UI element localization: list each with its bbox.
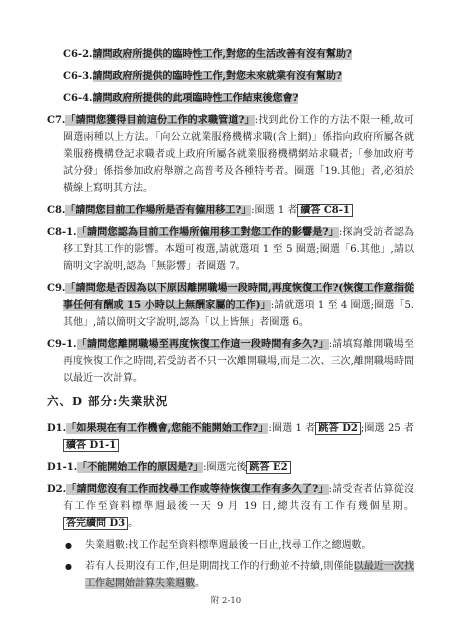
text-segment: 請問政府所提供的臨時性工作,對您未來就業有沒有幫助? bbox=[93, 71, 342, 82]
text-segment: C6-4. bbox=[63, 93, 93, 104]
text-segment: D1-1. bbox=[47, 462, 77, 473]
text-segment: 續答 C8-1 bbox=[297, 204, 353, 217]
question-c7: C7.「請問您獲得目前這份工作的求職管道?」:找到此份工作的方法不限一種,故可圈… bbox=[47, 112, 414, 197]
text-segment: C7. bbox=[47, 115, 65, 126]
text-segment: D1. bbox=[47, 423, 66, 434]
question-c9: C9.「請問您是否因為以下原因離開職場一段時間,再度恢復工作?(恢復工作意指從事… bbox=[47, 280, 414, 331]
question-c6-4: C6-4.請問政府所提供的此項臨時性工作結束後您會? bbox=[63, 90, 414, 107]
bullet-icon: ● bbox=[65, 558, 85, 592]
question-d2: D2.「請問您沒有工作而找尋工作或等待恢復工作有多久了?」:請受查者估算從沒有工… bbox=[47, 481, 414, 532]
text-segment: 「請問您認為目前工作場所僱用移工對您工作的影響是?」 bbox=[77, 227, 339, 238]
note-bullet-2-text: 若有人長期沒有工作,但是期間找工作的行動並不持續,則僅能以最近一次找工作起開始計… bbox=[85, 558, 414, 592]
document-page: C6-2.請問政府所提供的臨時性工作,對您的生活改善有沒有幫助? C6-3.請問… bbox=[0, 0, 452, 640]
text-segment: C8. bbox=[47, 205, 65, 216]
text-segment: 跳答 E2 bbox=[246, 461, 290, 474]
text-segment: 「如果現在有工作機會,您能不能開始工作?」 bbox=[66, 423, 268, 434]
text-segment: :圈選完後 bbox=[203, 462, 246, 473]
text-segment: 「請問您獲得目前這份工作的求職管道?」 bbox=[65, 115, 254, 126]
text-segment: 請問政府所提供的此項臨時性工作結束後您會? bbox=[93, 93, 299, 104]
bullet-icon: ● bbox=[65, 537, 85, 554]
note-bullet-1: ● 失業週數:找工作起至資料標準週最後一日止,找尋工作之總週數。 bbox=[65, 537, 414, 554]
text-segment: 請問政府所提供的臨時性工作,對您的生活改善有沒有幫助? bbox=[93, 49, 352, 60]
text-segment: D2. bbox=[47, 484, 66, 495]
question-d1: D1.「如果現在有工作機會,您能不能開始工作?」:圈選 1 者跳答 D2;圈選 … bbox=[47, 420, 414, 454]
text-segment: 「請問您沒有工作而找尋工作或等待恢復工作有多久了?」 bbox=[66, 484, 329, 495]
text-segment: 續答 D1-1 bbox=[63, 439, 119, 452]
question-c6-2: C6-2.請問政府所提供的臨時性工作,對您的生活改善有沒有幫助? bbox=[63, 46, 414, 63]
question-c8-1: C8-1.「請問您認為目前工作場所僱用移工對您工作的影響是?」:探詢受訪者認為移… bbox=[47, 224, 414, 275]
text-segment: C6-2. bbox=[63, 49, 93, 60]
text-segment: :找到此份工作的方法不限一種,故可圈選兩種以上方法。「向公立就業服務機構求職(含… bbox=[63, 115, 414, 194]
text-segment: :圈選 1 者 bbox=[251, 205, 297, 216]
page-number: 附 2-10 bbox=[0, 594, 452, 606]
text-segment: C6-3. bbox=[63, 71, 93, 82]
question-d1-1: D1-1.「不能開始工作的原因是?」:圈選完後跳答 E2 bbox=[47, 459, 414, 476]
text-segment: C9-1. bbox=[47, 339, 77, 350]
text-segment: 「請問您離開職場至再度恢復工作這一段時間有多久?」 bbox=[77, 339, 329, 350]
text-segment: 答完續問 D3 bbox=[63, 517, 128, 530]
text-segment: 跳答 D2 bbox=[315, 422, 361, 435]
text-segment: C8-1. bbox=[47, 227, 77, 238]
note-bullet-2: ● 若有人長期沒有工作,但是期間找工作的行動並不持續,則僅能以最近一次找工作起開… bbox=[65, 558, 414, 592]
text-segment: 若有人長期沒有工作,但是期間找工作的行動並不持續,則僅能 bbox=[85, 561, 354, 572]
question-c8: C8.「請問您目前工作場所是否有僱用移工?」:圈選 1 者續答 C8-1 bbox=[47, 202, 414, 219]
note-bullet-1-text: 失業週數:找工作起至資料標準週最後一日止,找尋工作之總週數。 bbox=[85, 537, 414, 554]
text-segment: C9. bbox=[47, 283, 65, 294]
text-segment: ;圈選 25 者 bbox=[361, 423, 414, 434]
text-segment: 。 bbox=[195, 578, 205, 589]
question-c9-1: C9-1.「請問您離開職場至再度恢復工作這一段時間有多久?」:請填寫離開職場至再… bbox=[47, 336, 414, 387]
text-segment: :圈選 1 者 bbox=[268, 423, 315, 434]
text-segment: 「請問您目前工作場所是否有僱用移工?」 bbox=[65, 205, 251, 216]
document-content: C6-2.請問政府所提供的臨時性工作,對您的生活改善有沒有幫助? C6-3.請問… bbox=[47, 46, 414, 596]
text-segment: 。 bbox=[128, 518, 138, 529]
text-segment: 「不能開始工作的原因是?」 bbox=[77, 462, 203, 473]
question-c6-3: C6-3.請問政府所提供的臨時性工作,對您未來就業有沒有幫助? bbox=[63, 68, 414, 85]
text-segment: 失業週數:找工作起至資料標準週最後一日止,找尋工作之總週數。 bbox=[85, 540, 372, 551]
section-heading-d: 六、D 部分:失業狀況 bbox=[47, 393, 414, 409]
